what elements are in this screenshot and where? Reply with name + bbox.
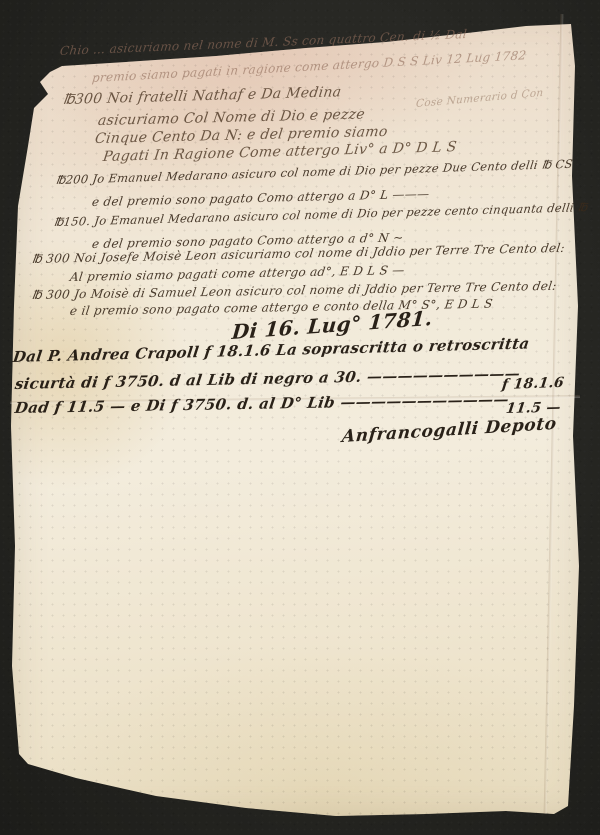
faded-header-line-1: Chio … asicuriamo nel nome di M. Ss con … bbox=[60, 27, 468, 58]
accounting-amount-text: f 18.1.6 bbox=[501, 375, 565, 393]
accounting-amount: f 18.1.6 bbox=[502, 375, 565, 393]
accounting-row: sicurtà di f 3750. d al Lib di negro a 3… bbox=[15, 364, 520, 393]
entry-line-text: ℔300 Noi fratelli Nathaf e Da Medina bbox=[62, 84, 342, 108]
entry-line-text: Al premio siamo pagati come attergo ad°,… bbox=[69, 263, 406, 284]
margin-note: Cose Numerario d Con bbox=[415, 87, 543, 110]
accounting-row-text: Dad f 11.5 — e Di f 3750. d. al D° Lib —… bbox=[14, 390, 510, 417]
entry-line: ℔300 Noi fratelli Nathaf e Da Medina bbox=[63, 84, 342, 108]
signature: Anfrancogalli Depoto bbox=[341, 414, 557, 447]
accounting-row-text: sicurtà di f 3750. d al Lib di negro a 3… bbox=[14, 364, 522, 393]
signature-text: Anfrancogalli Depoto bbox=[341, 414, 558, 447]
document-photo: Chio … asicuriamo nel nome di M. Ss con … bbox=[0, 0, 600, 835]
margin-note-text: Cose Numerario d Con bbox=[416, 87, 544, 110]
manuscript-text-layer: Chio … asicuriamo nel nome di M. Ss con … bbox=[0, 0, 600, 835]
accounting-row: Dad f 11.5 — e Di f 3750. d. al D° Lib —… bbox=[15, 390, 509, 417]
entry-line: Al premio siamo pagati come attergo ad°,… bbox=[70, 263, 405, 284]
faded-header-line-1-text: Chio … asicuriamo nel nome di M. Ss con … bbox=[59, 27, 468, 58]
